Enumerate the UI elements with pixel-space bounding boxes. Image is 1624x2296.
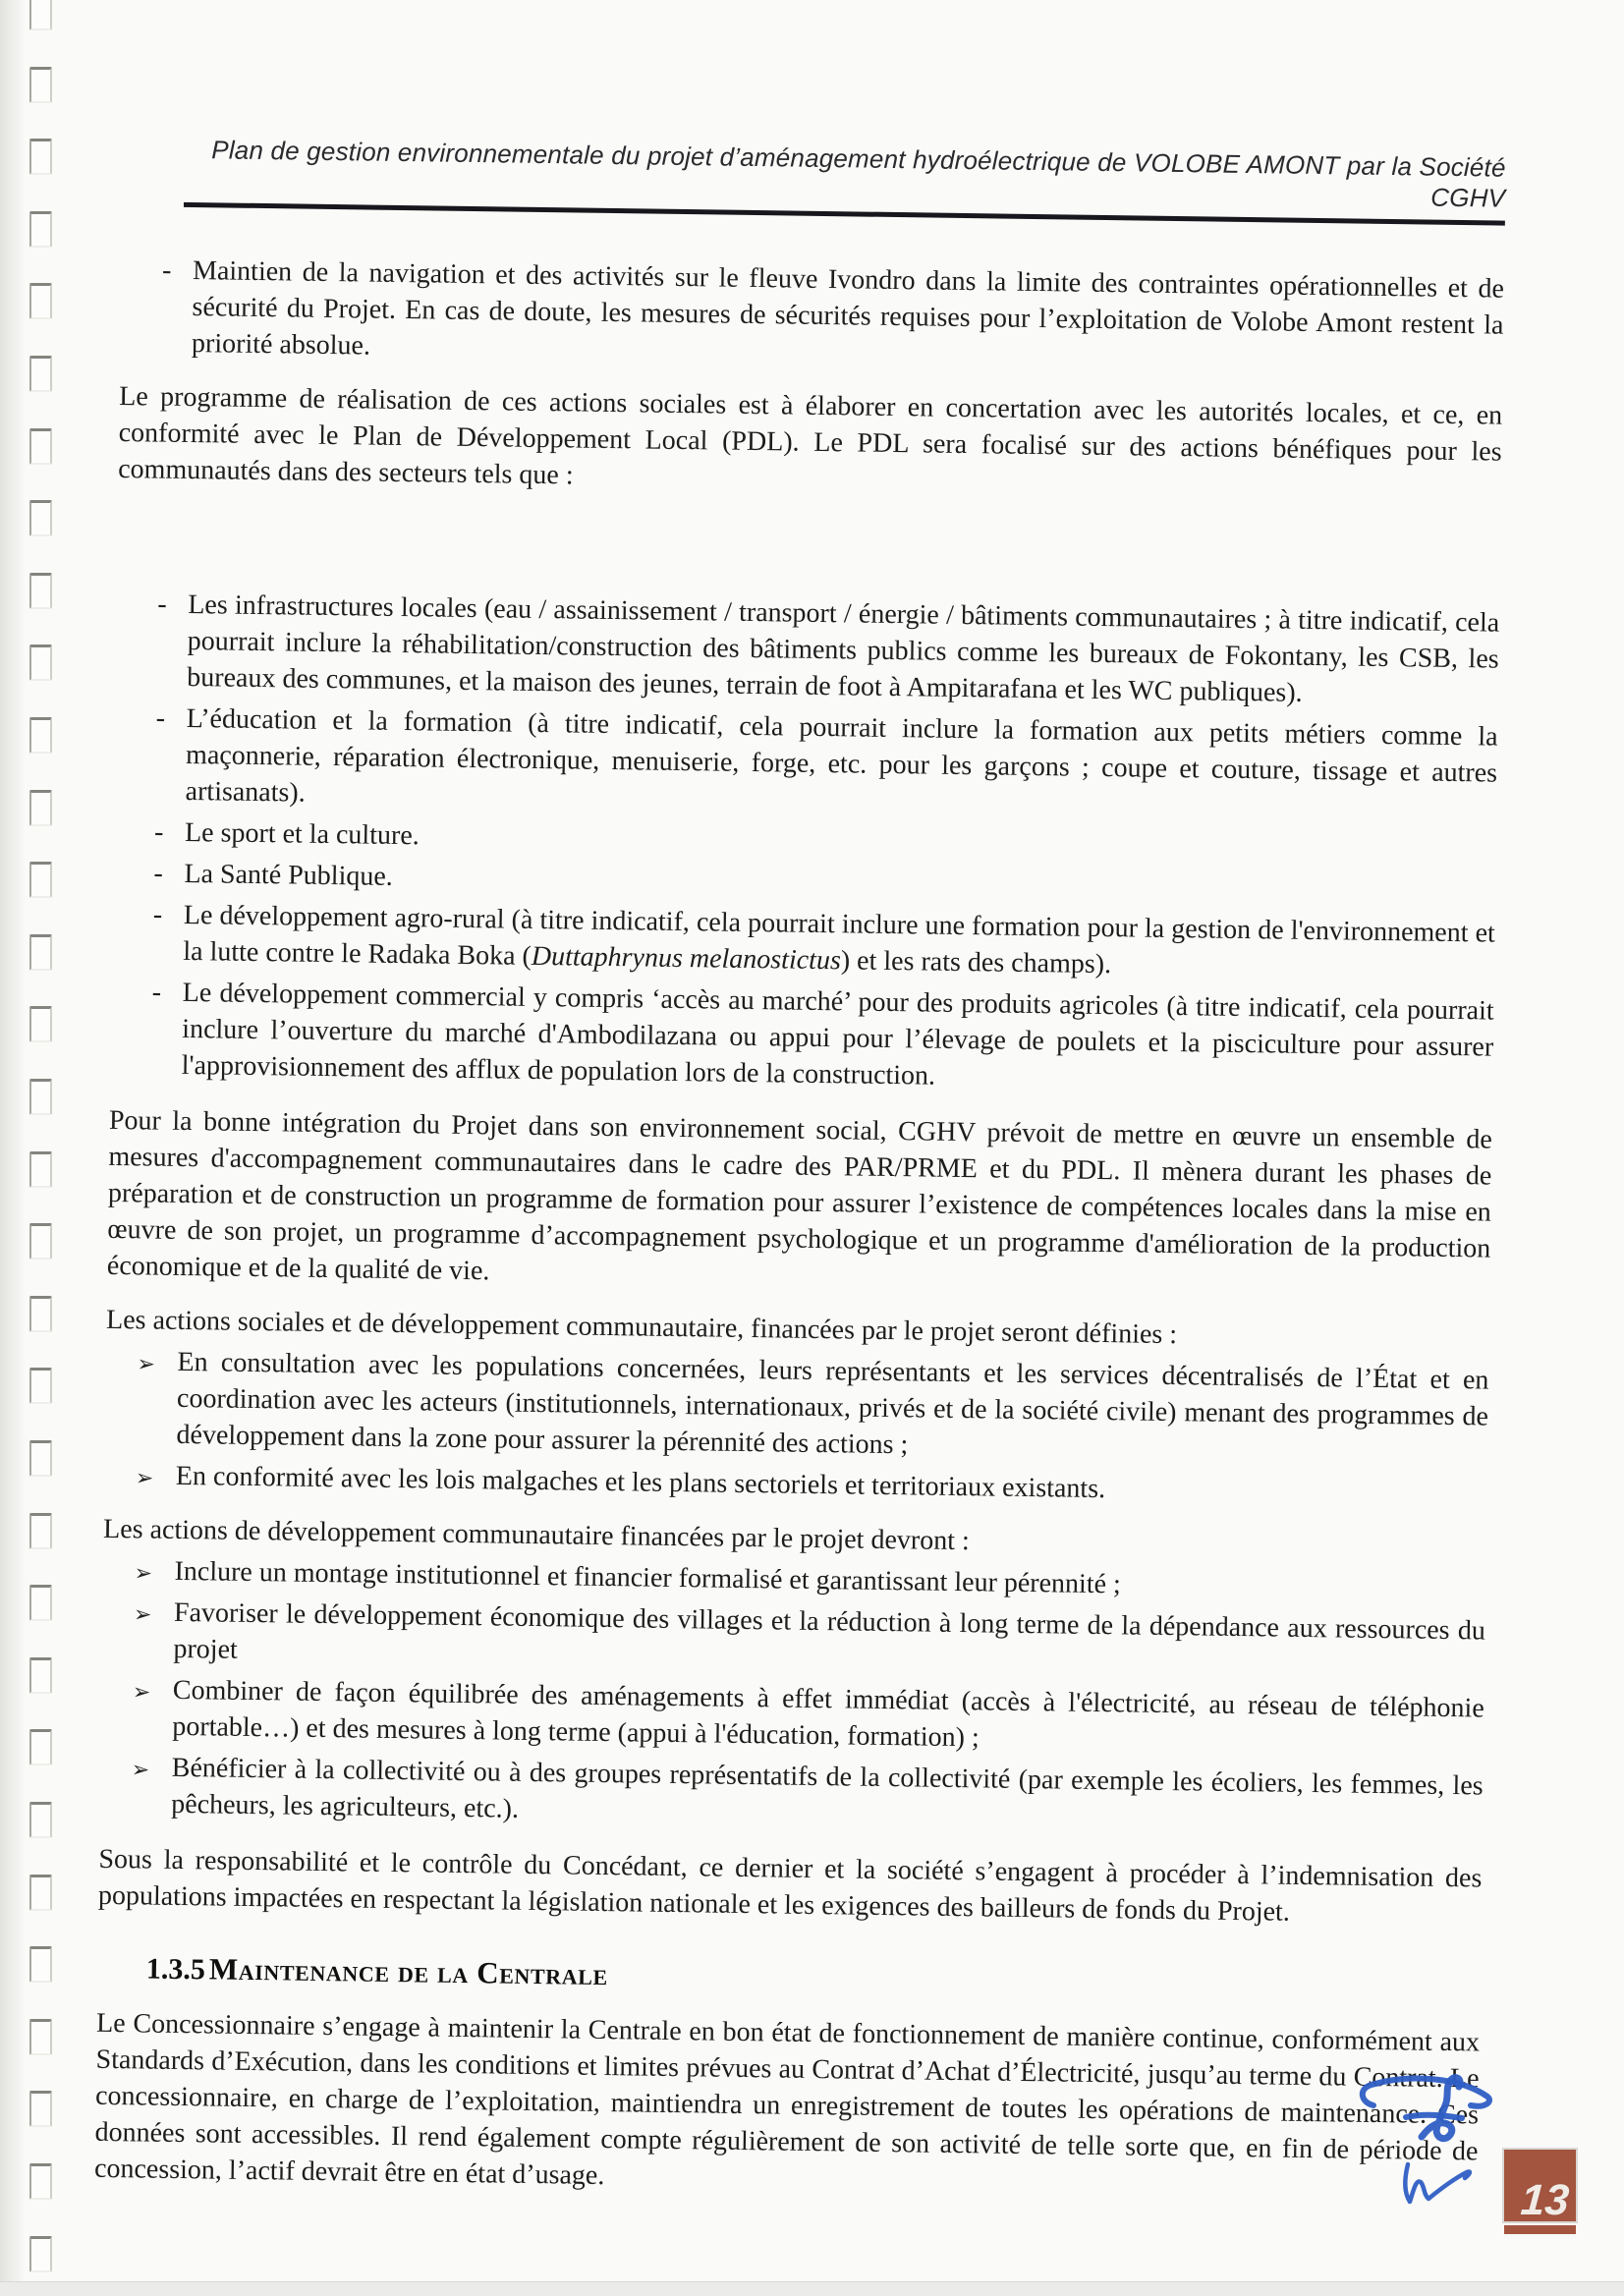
list-item-beneficier: ➢ Bénéficier à la collectivité ou à des … (99, 1749, 1484, 1841)
punch-hole (29, 1296, 52, 1332)
page-number: 13 (1519, 2176, 1570, 2225)
dash-bullet: - (153, 856, 163, 892)
punch-hole (29, 283, 52, 319)
section-heading: 1.3.5Maintenance de la Centrale (97, 1949, 1481, 2007)
list-item-text: Les infrastructures locales (eau / assai… (187, 589, 1499, 708)
punch-hole (29, 1729, 52, 1765)
punch-hole (29, 1006, 52, 1042)
list-item-text: L’éducation et la formation (à titre ind… (185, 703, 1497, 809)
arrow-bullet-icon: ➢ (136, 1460, 154, 1496)
scan-left-edge (0, 0, 26, 2296)
list-item-consultation: ➢ En consultation avec les populations c… (104, 1343, 1488, 1472)
dash-bullet: - (152, 975, 162, 1011)
paragraph-integration: Pour la bonne intégration du Projet dans… (107, 1102, 1492, 1304)
section-number: 1.3.5 (146, 1951, 210, 1988)
punch-hole (29, 862, 52, 898)
punch-hole (29, 428, 52, 465)
page-header: Plan de gestion environnementale du proj… (184, 135, 1506, 226)
dash-bullet: - (153, 897, 163, 933)
agro-text-post: ) et les rats des champs). (841, 945, 1112, 980)
punch-hole (29, 1440, 52, 1477)
punch-hole (29, 1585, 52, 1621)
list-item-infrastructures: - Les infrastructures locales (eau / ass… (115, 586, 1499, 714)
list-item-text: Le développement commercial y compris ‘a… (182, 978, 1494, 1092)
punch-hole (29, 2091, 52, 2127)
punch-hole (29, 1875, 52, 1911)
signature-initial-stroke (1405, 2164, 1470, 2202)
page-number-bar (1504, 2225, 1576, 2234)
document-body: - Maintien de la navigation et des activ… (94, 252, 1504, 2206)
punch-hole (29, 67, 52, 103)
punch-hole (29, 139, 52, 175)
punch-hole (29, 1513, 52, 1549)
paragraph-concedant: Sous la responsabilité et le contrôle du… (98, 1841, 1483, 1933)
list-item-text: Inclure un montage institutionnel et fin… (174, 1556, 1121, 1599)
list-item-commercial: - Le développement commercial y compris … (110, 974, 1494, 1102)
list-item-text: Favoriser le développement économique de… (173, 1597, 1485, 1665)
punch-hole (29, 0, 52, 30)
list-item-text: En consultation avec les populations con… (176, 1347, 1488, 1460)
signature-cross-stroke (1406, 2115, 1462, 2118)
punch-hole (29, 356, 52, 392)
list-item-text: Maintien de la navigation et des activit… (192, 255, 1504, 362)
punch-hole (29, 934, 52, 971)
dash-bullet: - (157, 587, 167, 623)
punch-hole (29, 1946, 52, 1983)
punch-hole (29, 717, 52, 754)
scan-bottom-edge (0, 2281, 1624, 2296)
punch-hole (29, 573, 52, 609)
header-title: Plan de gestion environnementale du proj… (211, 135, 1506, 212)
list-item-text: Bénéficier à la collectivité ou à des gr… (171, 1753, 1484, 1824)
punch-hole (29, 211, 52, 248)
punch-hole (29, 2019, 52, 2055)
punch-hole (29, 2163, 52, 2200)
arrow-bullet-icon: ➢ (134, 1596, 152, 1633)
scanned-document-page: Plan de gestion environnementale du proj… (0, 0, 1624, 2296)
paragraph-programme: Le programme de réalisation de ces actio… (118, 378, 1502, 507)
punch-hole (29, 1151, 52, 1188)
punch-hole (29, 1223, 52, 1260)
punch-hole (29, 1368, 52, 1404)
document-content: Plan de gestion environnementale du proj… (94, 134, 1506, 2206)
list-item-maintien: - Maintien de la navigation et des activ… (120, 252, 1504, 380)
species-name-italic: Duttaphrynus melanostictus (532, 941, 841, 976)
arrow-bullet-icon: ➢ (137, 1346, 155, 1382)
punch-hole (29, 790, 52, 826)
punch-hole (29, 1657, 52, 1694)
list-item-favoriser: ➢ Favoriser le développement économique … (101, 1594, 1485, 1686)
section-title: Maintenance de la Centrale (209, 1951, 608, 1991)
arrow-bullet-icon: ➢ (133, 1674, 151, 1710)
punch-hole (29, 1079, 52, 1115)
punch-hole (29, 2236, 52, 2272)
punch-hole (29, 1802, 52, 1838)
list-item-agro-rural: - Le développement agro-rural (à titre i… (111, 896, 1495, 988)
dash-bullet: - (155, 700, 165, 737)
dash-bullet: - (154, 814, 164, 851)
list-item-education: - L’éducation et la formation (à titre i… (113, 700, 1497, 828)
list-item-combiner: ➢ Combiner de façon équilibrée des aména… (100, 1671, 1484, 1764)
punch-hole (29, 500, 52, 536)
signature-loop-stroke (1422, 2078, 1460, 2139)
list-item-text: Le sport et la culture. (185, 817, 420, 851)
arrow-bullet-icon: ➢ (134, 1555, 152, 1592)
punch-hole (29, 644, 52, 681)
paragraph-concessionnaire: Le Concessionnaire s’engage à maintenir … (94, 2005, 1480, 2207)
list-item-text: La Santé Publique. (184, 859, 393, 892)
signature-flourish-stroke (1363, 2079, 1489, 2106)
list-item-text: Combiner de façon équilibrée des aménage… (172, 1675, 1484, 1753)
list-item-text: Le développement agro-rural (à titre ind… (183, 900, 1495, 980)
arrow-bullet-icon: ➢ (131, 1752, 149, 1788)
list-item-text: En conformité avec les lois malgaches et… (176, 1461, 1106, 1504)
dash-bullet: - (162, 252, 172, 289)
